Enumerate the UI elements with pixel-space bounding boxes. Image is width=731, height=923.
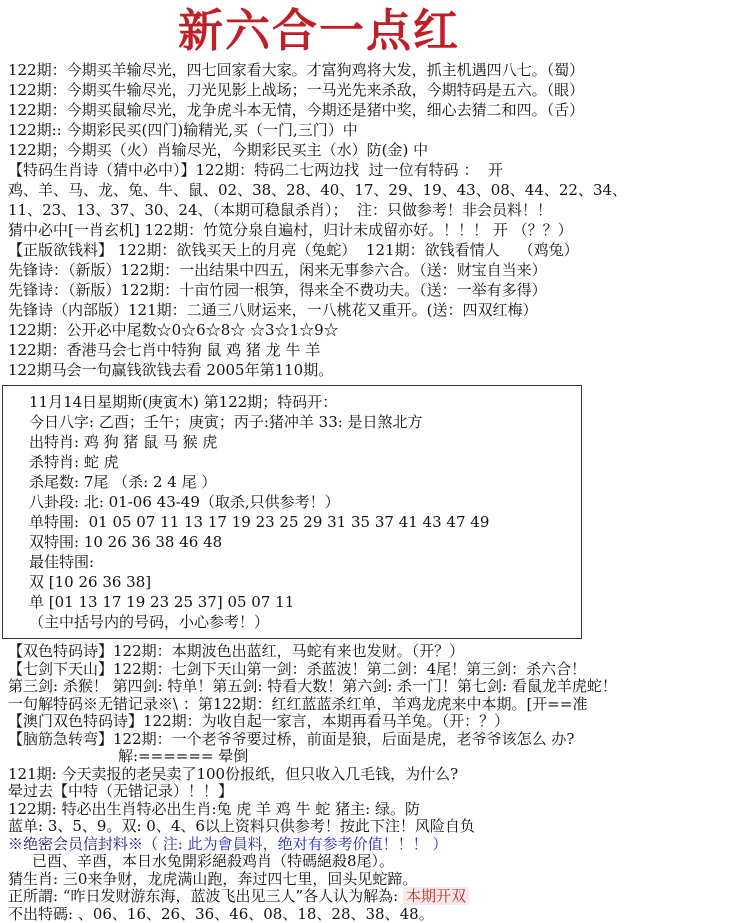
box-line: 出特肖: 鸡 狗 猪 鼠 马 猴 虎 (29, 432, 577, 452)
box-line: 杀特肖: 蛇 虎 (29, 452, 577, 472)
forecast-box: 11月14日星期斯(庚寅木) 第122期；特码开： 今日八字: 乙酉；壬午；庚寅… (2, 385, 582, 639)
member-note-line: ※绝密会员信封料※（ 注: 此为會員料，绝对有参考价值！！！ ） (0, 836, 731, 854)
saying-text: 正所謂: “昨日发财游东海，蓝波飞出见三人”各人认为解為: (8, 887, 403, 905)
excluded-numbers-line: 不出特碼: 、06、16、26、36、46、08、18、28、38、48。 (0, 906, 731, 923)
zodiac-numbers-line: 鸡、羊、马、龙、兔、牛、鼠、02、38、28、40、17、29、19、43、08… (0, 180, 731, 200)
tip-line: 【双色特码诗】122期：本期波色出蓝红，马蛇有来也发财。（开？） (0, 643, 731, 661)
tail-numbers-line: 122期：公开必中尾数☆0☆6☆8☆ ☆3☆1☆9☆ (0, 320, 731, 340)
tip-line: 【正版欲钱料】 122期：欲钱买天上的月亮（兔蛇） 121期：欲钱看情人 （鸡兔… (0, 240, 731, 260)
riddle-answer-line: 晕过去【中特（无错记录）！！】 (0, 783, 731, 801)
member-note-text: 注: 此为會員料，绝对有参考价值！！！ ） (163, 835, 448, 853)
riddle-line: 【脑筋急转弯】122期：一个老爷爷要过桥，前面是狼，后面是虎，老爷爷该怎么 办? (0, 731, 731, 749)
box-odd-numbers-line: 单特围: 01 05 07 11 13 17 19 23 25 29 31 35… (29, 512, 577, 532)
box-line: 单 [01 13 17 19 23 25 37] 05 07 11 (29, 592, 577, 612)
tip-line: 122期：今期买羊输尽光，四七回家看大家。才富狗鸡将大发，抓主机遇四八七。（蜀） (0, 60, 731, 80)
box-line: 双 [10 26 36 38] (29, 572, 577, 592)
tip-line: 猜中必中[一肖玄机] 122期：竹笕分泉自遍村，归计未成留亦好。！！！ 开 （？… (0, 220, 731, 240)
result-highlight: 本期开双 (403, 887, 469, 905)
riddle-answer-line: 解:====== 晕倒 (0, 748, 731, 766)
tip-line: 一句解特码※无错记录※\ ：第122期：红红蓝蓝杀红单，羊鸡龙虎来中本期。[开=… (0, 696, 731, 714)
tip-line: 【澳门双色特码诗】122期：为收自起一家言，本期再看马羊兔。（开：？） (0, 713, 731, 731)
tip-line: 猜生肖: 三0来争财，龙虎满山跑，奔过四七里，回头见蛇蹄。 (0, 871, 731, 889)
box-date-line: 11月14日星期斯(庚寅木) 第122期；特码开： (29, 392, 577, 412)
tip-line: 已酉、辛酉，本日水兔開彩絕殺鸡肖（特碼絕殺8尾）。 (0, 853, 731, 871)
riddle-line: 121期: 今天卖报的老吴卖了100份报纸，但只收入几毛钱，为什么? (0, 766, 731, 784)
pioneer-poem-line: 先锋诗：（新版）122期：一出结果中四五，闲来无事参六合。（送：财宝自当来） (0, 260, 731, 280)
tip-sheet-page: 新六合一点红 122期：今期买羊输尽光，四七回家看大家。才富狗鸡将大发，抓主机遇… (0, 0, 731, 923)
box-line: 杀尾数: 7尾 （杀: 2 4 尾 ） (29, 472, 577, 492)
tip-line: 122期：今期买牛输尽光，刀光见影上战场；一马光先来杀敌，今期特码是五六。（眼） (0, 80, 731, 100)
box-even-numbers-line: 双特围: 10 26 36 38 46 48 (29, 532, 577, 552)
box-line: 今日八字: 乙酉；壬午；庚寅；丙子:猪冲羊 33: 是日煞北方 (29, 412, 577, 432)
tip-line: 122期；今期买（火）肖输尽光，今期彩民买主（水）防(金) 中 (0, 140, 731, 160)
tip-line: 122期：今期买鼠输尽光，龙争虎斗本无情，今期还是猪中奖，细心去猜二和四。（舌） (0, 100, 731, 120)
zodiac-poem-line: 【特码生肖诗（猜中必中）】122期：特码二七两边找 过一位有特码 ： 开 (0, 160, 731, 180)
box-line: 八卦段: 北: 01-06 43-49（取杀,只供参考！） (29, 492, 577, 512)
tip-line: 第三剑: 杀猴！ 第四剑: 特单！第五剑: 特看大数！第六剑: 杀一门！第七剑:… (0, 678, 731, 696)
box-line: 最佳特围: (29, 552, 577, 572)
tip-line: 122期: 特必出生肖特必出生肖:兔 虎 羊 鸡 牛 蛇 猪主: 绿。防 (0, 801, 731, 819)
pioneer-poem-line: 先锋诗：（新版）122期：十亩竹园一根笋，得来全不费功夫。（送：一举有多得） (0, 280, 731, 300)
box-note-line: （主中括号内的号码，小心参考！） (29, 612, 577, 632)
zodiac-numbers-line: 11、23、13、37、30、24、（本期可稳鼠杀肖）； 注：只做参考！非会员料… (0, 200, 731, 220)
tip-line: 【七剑下天山】122期：七剑下天山第一剑：杀蓝波！第二剑：4尾！第三剑：杀六合！ (0, 661, 731, 679)
tip-line: 122期马会一句赢钱欲钱去看 2005年第110期。 (0, 360, 731, 380)
tip-line: 122期：香港马会七肖中特狗 鼠 鸡 猪 龙 牛 羊 (0, 340, 731, 360)
member-note-prefix: ※绝密会员信封料※（ (8, 835, 163, 853)
tip-line: 蓝单: 3、5、9。双: 0、4、6以上资料只供参考！按此下注！风险自负 (0, 818, 731, 836)
page-title: 新六合一点红 (0, 0, 731, 60)
saying-line: 正所謂: “昨日发财游东海，蓝波飞出见三人”各人认为解為: 本期开双 (0, 888, 731, 906)
pioneer-poem-line: 先锋诗（内部版）121期：二通三八财运来，一八桃花又重开。(送：四双红梅） (0, 300, 731, 320)
tip-line: 122期:: 今期彩民买(四门)输精光,买（一门,三门）中 (0, 120, 731, 140)
